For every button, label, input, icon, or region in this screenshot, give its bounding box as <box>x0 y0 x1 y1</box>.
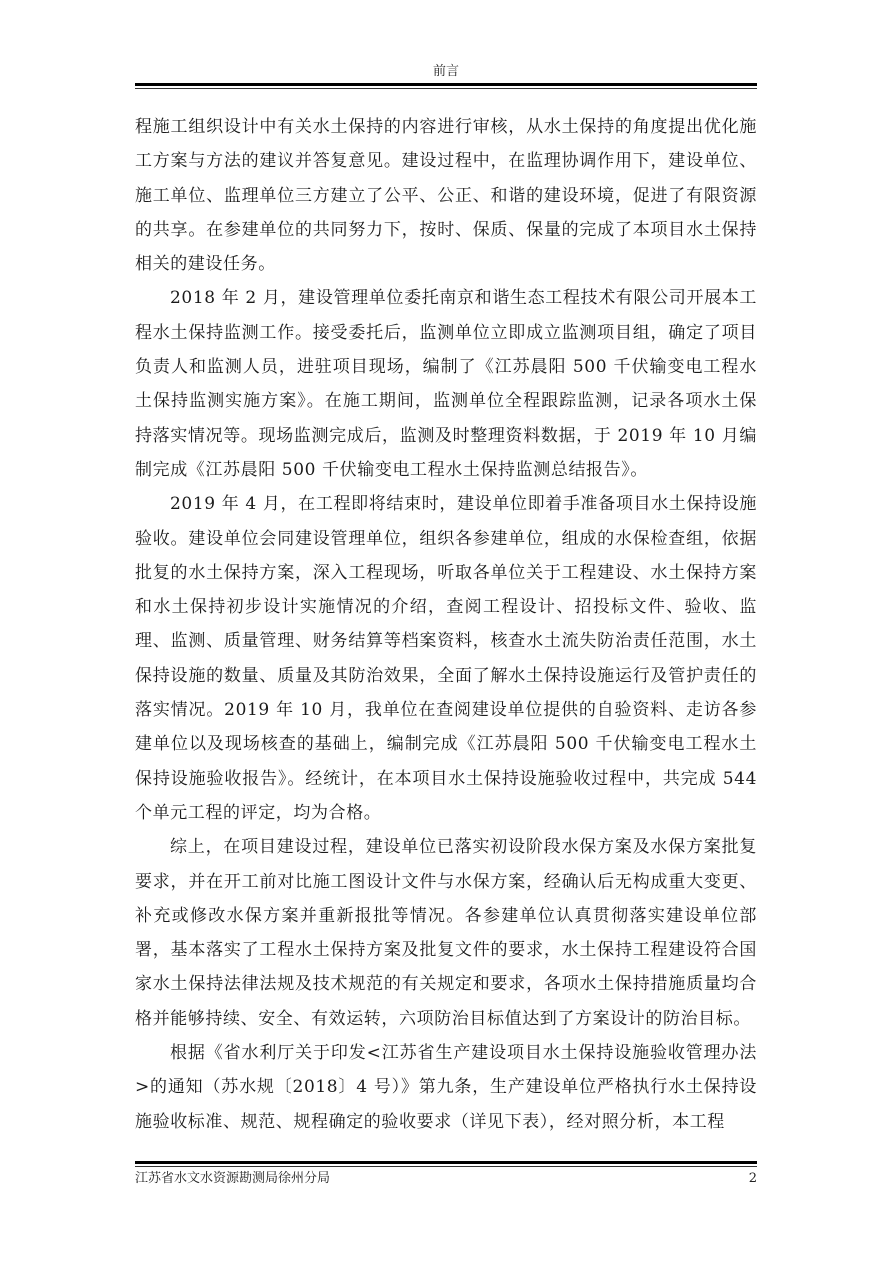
paragraph-3: 2019 年 4 月，在工程即将结束时，建设单位即着手准备项目水土保持设施验收。… <box>135 487 757 830</box>
page-number: 2 <box>700 1171 757 1187</box>
footer-rule-thin <box>135 1166 757 1167</box>
paragraph-5: 根据《省水利厅关于印发<江苏省生产建设项目水土保持设施验收管理办法>的通知（苏水… <box>135 1036 757 1139</box>
document-page: 前言 程施工组织设计中有关水土保持的内容进行审核，从水土保持的角度提出优化施工方… <box>0 0 892 1263</box>
paragraph-4: 综上，在项目建设过程，建设单位已落实初设阶段水保方案及水保方案批复要求，并在开工… <box>135 830 757 1036</box>
body-text: 程施工组织设计中有关水土保持的内容进行审核，从水土保持的角度提出优化施工方案与方… <box>135 110 757 1139</box>
paragraph-2: 2018 年 2 月，建设管理单位委托南京和谐生态工程技术有限公司开展本工程水土… <box>135 281 757 487</box>
footer-organization: 江苏省水文水资源勘测局徐州分局 <box>135 1171 330 1187</box>
running-header-title: 前言 <box>135 64 757 80</box>
footer-rule-thick <box>135 1161 757 1164</box>
header-rule-thick <box>135 83 757 86</box>
header-rule-thin <box>135 88 757 89</box>
paragraph-1: 程施工组织设计中有关水土保持的内容进行审核，从水土保持的角度提出优化施工方案与方… <box>135 110 757 281</box>
